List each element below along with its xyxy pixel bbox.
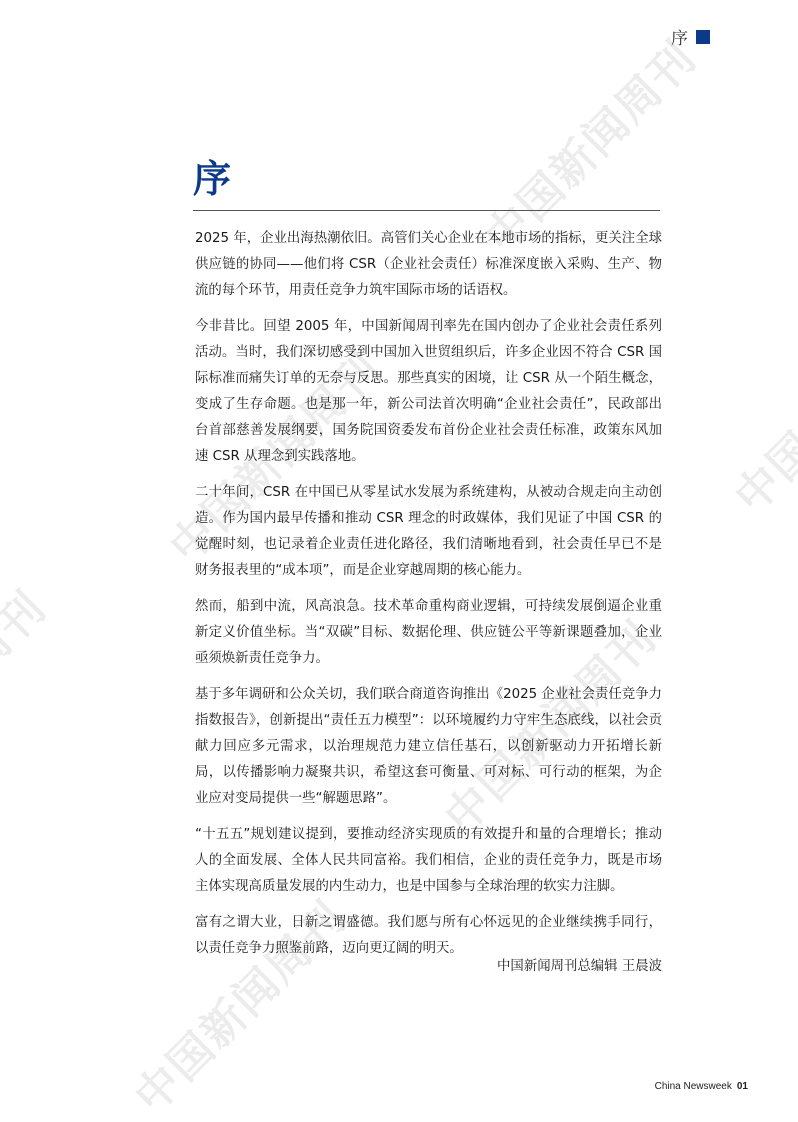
square-marker-icon: [696, 30, 710, 44]
signature: 中国新闻周刊总编辑 王晨波: [497, 955, 662, 974]
page-number: 01: [737, 1081, 748, 1092]
running-head-label: 序: [671, 24, 688, 49]
watermark: 中国新闻周刊: [717, 284, 798, 524]
paragraph: 二十年间，CSR 在中国已从零星试水发展为系统建构，从被动合规走向主动创造。作为…: [195, 480, 662, 584]
paragraph: 今非昔比。回望 2005 年，中国新闻周刊率先在国内创办了企业社会责任系列活动。…: [195, 314, 662, 470]
paragraph: 基于多年调研和公众关切，我们联合商道咨询推出《2025 企业社会责任竞争力指数报…: [195, 682, 662, 812]
body-text: 2025 年，企业出海热潮依旧。高管们关心企业在本地市场的指标，更关注全球供应链…: [195, 226, 662, 972]
title-divider: [193, 210, 660, 211]
paragraph: 然而，船到中流，风高浪急。技术革命重构商业逻辑，可持续发展倒逼企业重新定义价值坐…: [195, 594, 662, 672]
page-title: 序: [193, 148, 231, 203]
paragraph: 2025 年，企业出海热潮依旧。高管们关心企业在本地市场的指标，更关注全球供应链…: [195, 226, 662, 304]
paragraph: “十五五”规划建议提到，要推动经济实现质的有效提升和量的合理增长；推动人的全面发…: [195, 822, 662, 900]
publication-name: China Newsweek: [655, 1081, 732, 1092]
watermark: 中国新闻周刊: [0, 574, 58, 814]
running-head: 序: [671, 24, 710, 49]
page-footer: China Newsweek 01: [655, 1081, 748, 1092]
